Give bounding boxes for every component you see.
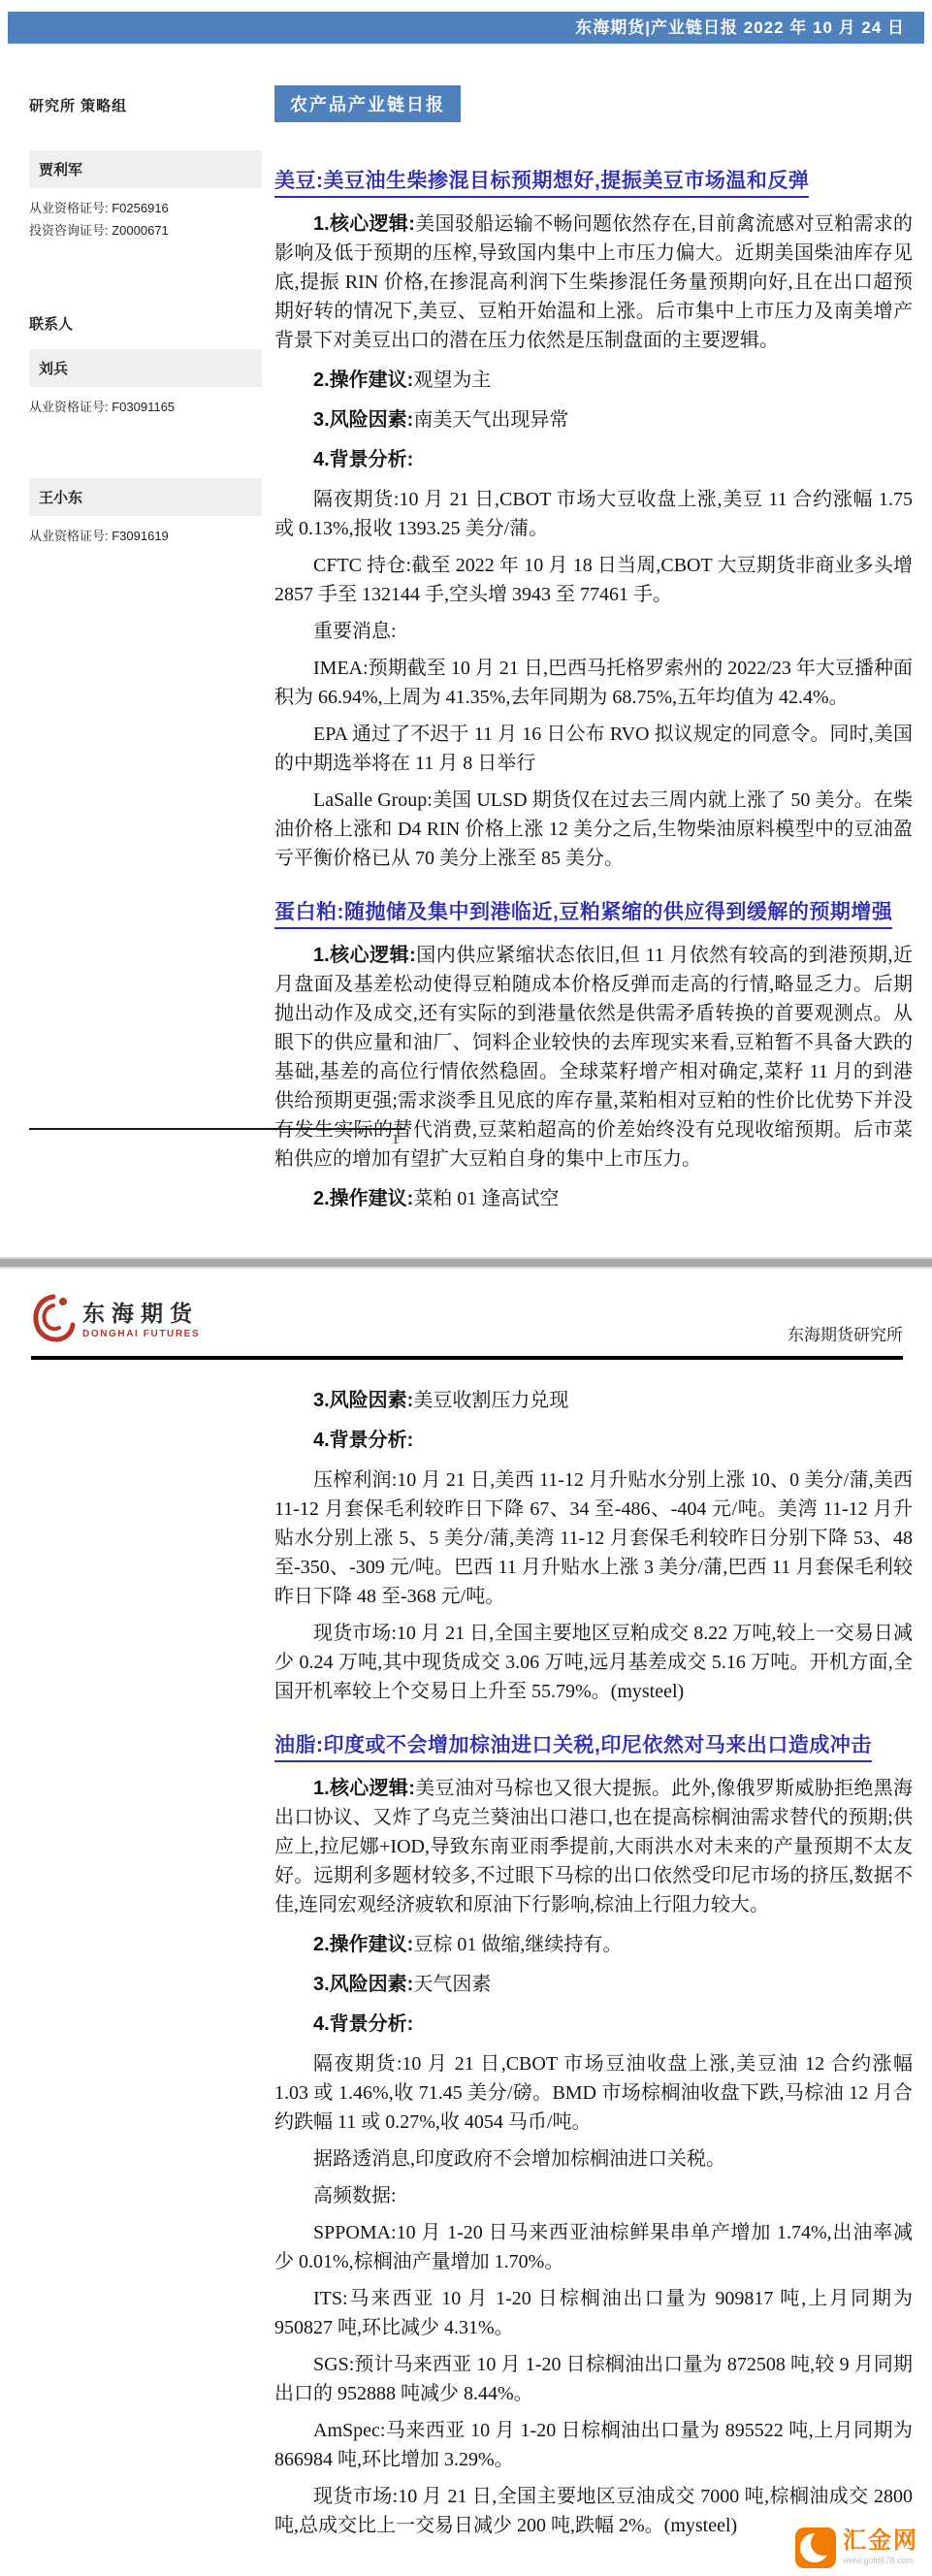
paragraph-text: SGS:预计马来西亚 10 月 1-20 日棕榈油出口量为 872508 吨,较… [274,2354,913,2404]
donghai-logo-text: 东海期货 DONGHAI FUTURES [82,1302,200,1339]
paragraph: 3.风险因素:美豆收割压力兑现 [274,1386,913,1415]
page-2: 东海期货 DONGHAI FUTURES 东海期货研究所 3.风险因素:美豆收割… [0,1269,932,2576]
analyst-name: 刘兵 [29,349,262,387]
contact-label: 联系人 [29,313,262,334]
donghai-logo: 东海期货 DONGHAI FUTURES [31,1292,200,1349]
paragraph-text: 观望为主 [413,370,491,391]
paragraph-text: 隔夜期货:10 月 21 日,CBOT 市场豆油收盘上涨,美豆油 12 合约涨幅… [274,2053,913,2133]
page-2-content: 3.风险因素:美豆收割压力兑现 4.背景分析: 压榨利润:10 月 21 日,美… [274,1360,913,2540]
analyst-cert: 投资咨询证号: Z0000671 [29,219,262,241]
paragraph-label: 2.操作建议: [313,370,413,391]
paragraph-label: 1.核心逻辑: [313,945,416,966]
paragraph: 2.操作建议:菜粕 01 逢高试空 [274,1184,913,1213]
analyst-cert: 从业资格证号: F0256916 [29,197,262,219]
paragraph-text: 南美天气出现异常 [413,409,568,431]
paragraph: SGS:预计马来西亚 10 月 1-20 日棕榈油出口量为 872508 吨,较… [274,2350,913,2408]
paragraph-label: 1.核心逻辑: [313,1778,415,1799]
paragraph-text: 现货市场:10 月 21 日,全国主要地区豆粕成交 8.22 万吨,较上一交易日… [274,1623,913,1702]
section-heading-oils: 油脂:印度或不会增加棕油进口关税,印尼依然对马来出口造成冲击 [274,1729,913,1758]
paragraph: 现货市场:10 月 21 日,全国主要地区豆粕成交 8.22 万吨,较上一交易日… [274,1619,913,1706]
report-header-title: 东海期货|产业链日报 2022 年 10 月 24 日 [575,18,905,37]
sidebar: 研究所 策略组 贾利军 从业资格证号: F0256916 投资咨询证号: Z00… [29,95,262,547]
paragraph: 4.背景分析: [274,445,913,474]
huijin-logo-icon [795,2528,836,2568]
paragraph-text: LaSalle Group:美国 ULSD 期货仅在过去三周内就上涨了 50 美… [274,789,913,869]
huijin-logo-text: 汇金网 www.gold678.com [843,2528,918,2565]
paragraph-text: SPPOMA:10 月 1-20 日马来西亚油棕鲜果串单产增加 1.74%,出油… [274,2222,913,2272]
page-number: 1 [392,1132,400,1148]
huijin-watermark: 汇金网 www.gold678.com [795,2528,918,2568]
huijin-site-name: 汇金网 [843,2528,918,2556]
paragraph-text: EPA 通过了不迟于 11 月 16 日公布 RVO 拟议规定的同意令。同时,美… [274,724,913,774]
paragraph-text: 高频数据: [313,2185,397,2206]
paragraph-text: CFTC 持仓:截至 2022 年 10 月 18 日当周,CBOT 大豆期货非… [274,555,913,605]
page-2-header: 东海期货 DONGHAI FUTURES 东海期货研究所 [31,1269,903,1360]
paragraph-text: 天气因素 [413,1974,491,1995]
section-heading-text: 油脂:印度或不会增加棕油进口关税,印尼依然对马来出口造成冲击 [274,1734,872,1762]
paragraph: 压榨利润:10 月 21 日,美西 11-12 月升贴水分别上涨 10、0 美分… [274,1465,913,1611]
paragraph: 4.背景分析: [274,1426,913,1455]
paragraph-label: 3.风险因素: [313,1974,413,1995]
page-separator [0,1257,932,1269]
paragraph: 2.操作建议:豆棕 01 做缩,继续持有。 [274,1930,913,1959]
logo-chinese-name: 东海期货 [82,1302,200,1326]
paragraph: ITS:马来西亚 10 月 1-20 日棕榈油出口量为 909817 吨,上月同… [274,2284,913,2342]
report-document: 东海期货|产业链日报 2022 年 10 月 24 日 研究所 策略组 贾利军 … [0,0,932,2576]
paragraph-label: 4.背景分析: [313,449,413,470]
paragraph: CFTC 持仓:截至 2022 年 10 月 18 日当周,CBOT 大豆期货非… [274,551,913,609]
paragraph-text: 据路透消息,印度政府不会增加棕榈油进口关税。 [313,2148,725,2170]
paragraph-text: AmSpec:马来西亚 10 月 1-20 日棕榈油出口量为 895522 吨,… [274,2420,913,2470]
section-heading-text: 蛋白粕:随抛储及集中到港临近,豆粕紧缩的供应得到缓解的预期增强 [274,901,892,929]
paragraph: 4.背景分析: [274,2010,913,2039]
analyst-cert: 从业资格证号: F3091619 [29,525,262,547]
paragraph-label: 2.操作建议: [313,1934,413,1955]
paragraph-text: 国内供应紧缩状态依旧,但 11 月依然有较高的到港预期,近月盘面及基差松动使得豆… [274,945,913,1170]
paragraph-text: 豆棕 01 做缩,继续持有。 [413,1934,622,1955]
paragraph: 据路透消息,印度政府不会增加棕榈油进口关税。 [274,2144,913,2173]
paragraph-text: 压榨利润:10 月 21 日,美西 11-12 月升贴水分别上涨 10、0 美分… [274,1469,913,1607]
paragraph-label: 1.核心逻辑: [313,213,415,235]
report-header-bar: 东海期货|产业链日报 2022 年 10 月 24 日 [8,12,924,44]
paragraph-text: IMEA:预期截至 10 月 21 日,巴西马托格罗索州的 2022/23 年大… [274,658,913,708]
paragraph: 隔夜期货:10 月 21 日,CBOT 市场大豆收盘上涨,美豆 11 合约涨幅 … [274,485,913,543]
paragraph-label: 4.背景分析: [313,2013,413,2035]
paragraph-label: 3.风险因素: [313,409,413,431]
paragraph: 重要消息: [274,617,913,646]
analyst-name: 贾利军 [29,150,262,188]
section-heading-text: 美豆:美豆油生柴掺混目标预期想好,提振美豆市场温和反弹 [274,170,809,198]
paragraph-text: ITS:马来西亚 10 月 1-20 日棕榈油出口量为 909817 吨,上月同… [274,2288,913,2338]
section-heading-soybean: 美豆:美豆油生柴掺混目标预期想好,提振美豆市场温和反弹 [274,165,913,194]
analyst-cert: 从业资格证号: F03091165 [29,396,262,418]
paragraph-text: 美豆收割压力兑现 [413,1390,568,1411]
paragraph: IMEA:预期截至 10 月 21 日,巴西马托格罗索州的 2022/23 年大… [274,654,913,712]
report-title-badge: 农产品产业链日报 [274,85,461,122]
research-institute-label: 东海期货研究所 [787,1321,903,1349]
donghai-logo-icon [31,1292,76,1349]
paragraph: 3.风险因素:天气因素 [274,1970,913,1999]
logo-english-name: DONGHAI FUTURES [82,1329,200,1339]
paragraph: 1.核心逻辑:美国驳船运输不畅问题依然存在,目前禽流感对豆粕需求的影响及低于预期… [274,209,913,355]
section-heading-meal: 蛋白粕:随抛储及集中到港临近,豆粕紧缩的供应得到缓解的预期增强 [274,896,913,925]
paragraph-text: 菜粕 01 逢高试空 [413,1188,559,1209]
paragraph: 3.风险因素:南美天气出现异常 [274,405,913,435]
paragraph-text: 隔夜期货:10 月 21 日,CBOT 市场大豆收盘上涨,美豆 11 合约涨幅 … [274,489,913,539]
research-group-label: 研究所 策略组 [29,95,262,115]
page-1-content: 农产品产业链日报 美豆:美豆油生柴掺混目标预期想好,提振美豆市场温和反弹 1.核… [274,0,913,1213]
paragraph: AmSpec:马来西亚 10 月 1-20 日棕榈油出口量为 895522 吨,… [274,2416,913,2474]
paragraph-label: 3.风险因素: [313,1390,413,1411]
paragraph: 隔夜期货:10 月 21 日,CBOT 市场豆油收盘上涨,美豆油 12 合约涨幅… [274,2049,913,2137]
page-1: 东海期货|产业链日报 2022 年 10 月 24 日 研究所 策略组 贾利军 … [0,0,932,1257]
paragraph-label: 2.操作建议: [313,1188,413,1209]
paragraph: 1.核心逻辑:国内供应紧缩状态依旧,但 11 月依然有较高的到港预期,近月盘面及… [274,941,913,1174]
analyst-name: 王小东 [29,478,262,516]
paragraph: 2.操作建议:观望为主 [274,366,913,395]
paragraph: SPPOMA:10 月 1-20 日马来西亚油棕鲜果串单产增加 1.74%,出油… [274,2218,913,2276]
paragraph: EPA 通过了不迟于 11 月 16 日公布 RVO 拟议规定的同意令。同时,美… [274,720,913,778]
paragraph-label: 4.背景分析: [313,1430,413,1451]
paragraph: LaSalle Group:美国 ULSD 期货仅在过去三周内就上涨了 50 美… [274,786,913,873]
footer-divider [29,1128,405,1130]
huijin-site-url: www.gold678.com [843,2556,918,2565]
paragraph-text: 重要消息: [313,621,397,642]
paragraph: 高频数据: [274,2181,913,2210]
paragraph: 1.核心逻辑:美豆油对马棕也又很大提振。此外,像俄罗斯威胁拒绝黑海出口协议、又炸… [274,1774,913,1919]
